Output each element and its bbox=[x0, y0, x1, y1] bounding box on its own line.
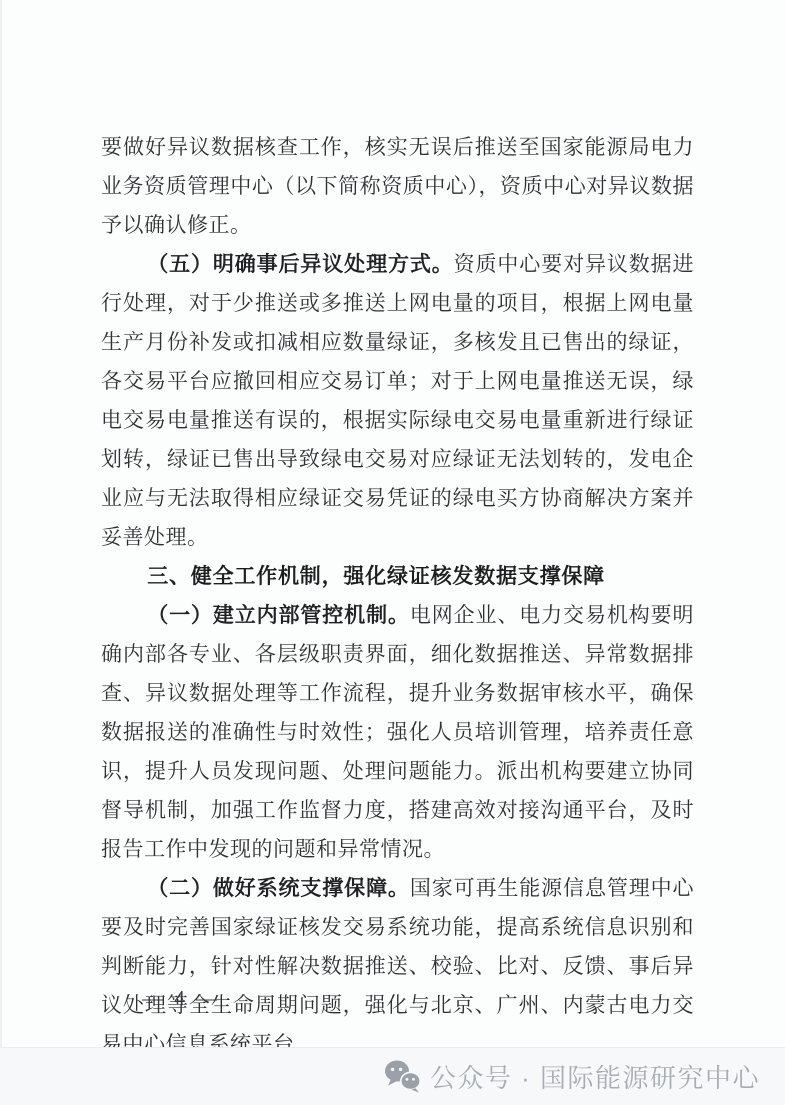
paragraph-lead: （一）建立内部管控机制。 bbox=[147, 603, 410, 627]
paragraph-text: 资质中心要对异议数据进行处理，对于少推送或多推送上网电量的项目，根据上网电量生产… bbox=[101, 252, 694, 549]
paragraph-text: 国家可再生能源信息管理中心要及时完善国家绿证核发交易系统功能，提高系统信息识别和… bbox=[101, 876, 694, 1056]
paragraph-lead: （二）做好系统支撑保障。 bbox=[147, 876, 410, 900]
paragraph-lead: （五）明确事后异议处理方式。 bbox=[147, 252, 453, 276]
footer-watermark: 公众号 · 国际能源研究中心 bbox=[0, 1047, 785, 1105]
paragraph: （五）明确事后异议处理方式。资质中心要对异议数据进行处理，对于少推送或多推送上网… bbox=[101, 245, 694, 557]
document-body: 要做好异议数据核查工作，核实无误后推送至国家能源局电力业务资质管理中心（以下简称… bbox=[101, 128, 694, 1064]
paragraph: （二）做好系统支撑保障。国家可再生能源信息管理中心要及时完善国家绿证核发交易系统… bbox=[101, 869, 694, 1064]
wechat-icon bbox=[384, 1060, 421, 1093]
page-number: — 4 — bbox=[142, 986, 220, 1011]
paragraph-text: 电网企业、电力交易机构要明确内部各专业、各层级职责界面，细化数据推送、异常数据排… bbox=[101, 603, 694, 861]
paragraph: 要做好异议数据核查工作，核实无误后推送至国家能源局电力业务资质管理中心（以下简称… bbox=[101, 128, 694, 245]
document-page: 要做好异议数据核查工作，核实无误后推送至国家能源局电力业务资质管理中心（以下简称… bbox=[0, 0, 785, 1105]
watermark-text: 公众号 · 国际能源研究中心 bbox=[430, 1058, 760, 1095]
section-heading: 三、健全工作机制，强化绿证核发数据支撑保障 bbox=[101, 557, 694, 596]
paragraph: （一）建立内部管控机制。电网企业、电力交易机构要明确内部各专业、各层级职责界面，… bbox=[101, 596, 694, 869]
paragraph-text: 要做好异议数据核查工作，核实无误后推送至国家能源局电力业务资质管理中心（以下简称… bbox=[101, 135, 694, 237]
